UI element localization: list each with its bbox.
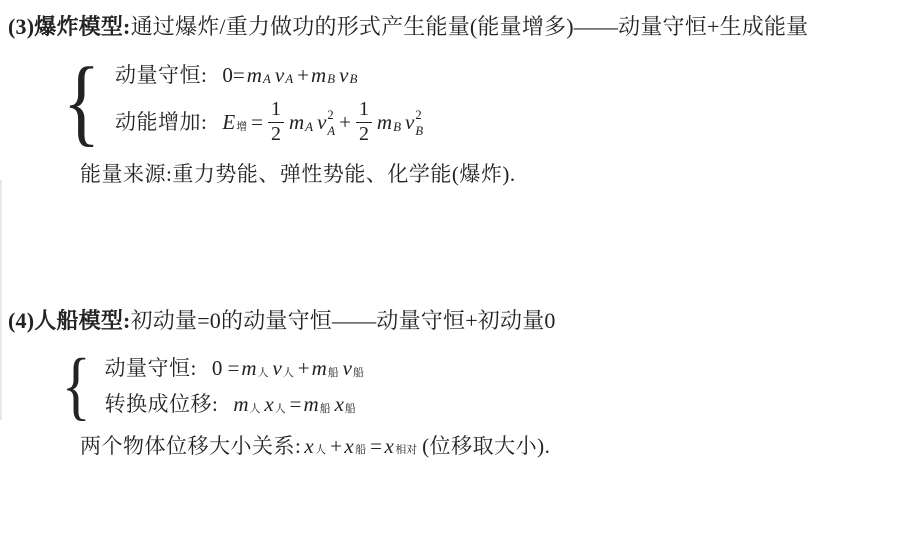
formula-token-subcn: 船 (328, 358, 339, 388)
formula-token-var: m (246, 60, 262, 90)
formula-token-var: x (384, 431, 395, 461)
displacement-relation-formula: x人 + x船 = x相对 (303, 431, 420, 461)
formula-token-text: = (250, 107, 264, 137)
formula-token-var: m (288, 107, 304, 137)
formula-label: 转换成位移: (104, 389, 218, 419)
formula-token-text: + (297, 353, 311, 383)
formula-token-var: x (263, 389, 273, 419)
formula-token-sub: A (285, 64, 293, 94)
section-4-heading-description: 初动量=0的动量守恒——动量守恒+初动量0 (131, 308, 556, 333)
formula-token-frac: 12 (356, 100, 372, 145)
formula-token-var: v (338, 60, 348, 90)
formula-token-var: v (342, 353, 352, 383)
displacement-relation-line: 两个物体位移大小关系: x人 + x船 = x相对 (位移取大小). (80, 431, 896, 461)
equation-rows: 动量守恒: 0=mAvA + mBvB 动能增加: E增=12mAv2A + 1… (115, 60, 426, 145)
section-3-heading: (3)爆炸模型:通过爆炸/重力做功的形式产生能量(能量增多)——动量守恒+生成能… (8, 12, 896, 42)
formula-token-var: v (272, 353, 282, 383)
explosion-equation-system: { 动量守恒: 0=mAvA + mBvB 动能增加: E增=12mAv2A +… (58, 58, 896, 146)
formula-token-text: 0= (221, 60, 245, 90)
formula-token-var: m (302, 389, 318, 419)
momentum-conservation-formula: 0 = m人v人 + m船v船 (211, 353, 367, 383)
kinetic-energy-increase-formula: E增=12mAv2A + 12mBv2B (221, 100, 426, 145)
formula-token-subcn: 船 (355, 435, 366, 465)
formula-token-sub: B (393, 112, 401, 142)
formula-token-var: E (221, 107, 235, 137)
equation-rows: 动量守恒: 0 = m人v人 + m船v船 转换成位移: m人x人 = m船x船 (104, 353, 366, 419)
formula-token-var: v (274, 60, 284, 90)
formula-token-var: m (310, 60, 326, 90)
section-3-heading-title: (3)爆炸模型: (8, 14, 131, 39)
formula-token-subcn: 人 (258, 358, 269, 388)
formula-label: 动量守恒: (104, 353, 196, 383)
formula-token-subcn: 船 (320, 394, 331, 424)
formula-token-var: x (334, 389, 344, 419)
section-person-boat-model: (4)人船模型:初动量=0的动量守恒——动量守恒+初动量0 { 动量守恒: 0 … (8, 306, 896, 460)
brace-column: { (58, 352, 94, 420)
formula-token-text: = (369, 431, 383, 461)
formula-token-text: = (289, 389, 303, 419)
formula-token-var: v (404, 107, 414, 137)
formula-token-sub: B (327, 64, 335, 94)
person-boat-equation-system: { 动量守恒: 0 = m人v人 + m船v船 转换成位移: m人x人 = m船… (58, 352, 896, 420)
energy-source-note: 能量来源:重力势能、弹性势能、化学能(爆炸). (80, 160, 896, 188)
formula-token-subcn: 人 (250, 394, 261, 424)
formula-token-text: + (338, 107, 352, 137)
formula-token-frac: 12 (268, 100, 284, 145)
formula-token-subcn: 人 (315, 435, 326, 465)
section-3-heading-description: 通过爆炸/重力做功的形式产生能量(能量增多)——动量守恒+生成能量 (131, 14, 809, 39)
formula-token-var: m (311, 353, 327, 383)
formula-token-var: x (303, 431, 314, 461)
equation-row: 动量守恒: 0 = m人v人 + m船v船 (104, 353, 366, 383)
formula-token-subcn: 增 (236, 112, 247, 142)
formula-token-sub: A (305, 112, 313, 142)
displacement-conversion-formula: m人x人 = m船x船 (232, 389, 358, 419)
formula-token-subsup: 2B (415, 109, 423, 137)
formula-token-text: + (329, 431, 343, 461)
scan-edge-artifact (0, 180, 2, 420)
formula-token-var: m (232, 389, 248, 419)
momentum-conservation-formula: 0=mAvA + mBvB (221, 60, 360, 90)
displacement-relation-suffix: (位移取大小). (422, 431, 550, 461)
formula-token-subcn: 船 (353, 358, 364, 388)
equation-row: 转换成位移: m人x人 = m船x船 (104, 389, 366, 419)
equation-row: 动量守恒: 0=mAvA + mBvB (115, 60, 426, 90)
formula-token-var: m (376, 107, 392, 137)
formula-token-subcn: 船 (345, 394, 356, 424)
formula-token-var: v (316, 107, 326, 137)
formula-token-var: m (240, 353, 256, 383)
formula-token-subcn: 人 (275, 394, 286, 424)
formula-label: 动能增加: (115, 107, 207, 137)
formula-token-subcn: 人 (283, 358, 294, 388)
formula-token-text: 0 = (211, 353, 241, 383)
displacement-relation-label: 两个物体位移大小关系: (80, 431, 301, 461)
equation-row: 动能增加: E增=12mAv2A + 12mBv2B (115, 100, 426, 145)
formula-token-sub: B (349, 64, 357, 94)
left-brace: { (62, 352, 91, 420)
formula-token-text: + (296, 60, 310, 90)
section-explosion-model: (3)爆炸模型:通过爆炸/重力做功的形式产生能量(能量增多)——动量守恒+生成能… (8, 12, 896, 188)
formula-token-var: x (343, 431, 354, 461)
formula-token-sub: A (263, 64, 271, 94)
document-page: (3)爆炸模型:通过爆炸/重力做功的形式产生能量(能量增多)——动量守恒+生成能… (0, 0, 902, 461)
brace-column: { (58, 58, 105, 146)
formula-token-subcn: 相对 (395, 435, 417, 465)
formula-token-subsup: 2A (327, 109, 335, 137)
section-4-heading: (4)人船模型:初动量=0的动量守恒——动量守恒+初动量0 (8, 306, 896, 336)
section-4-heading-title: (4)人船模型: (8, 308, 131, 333)
formula-label: 动量守恒: (115, 60, 207, 90)
left-brace: { (63, 58, 101, 146)
